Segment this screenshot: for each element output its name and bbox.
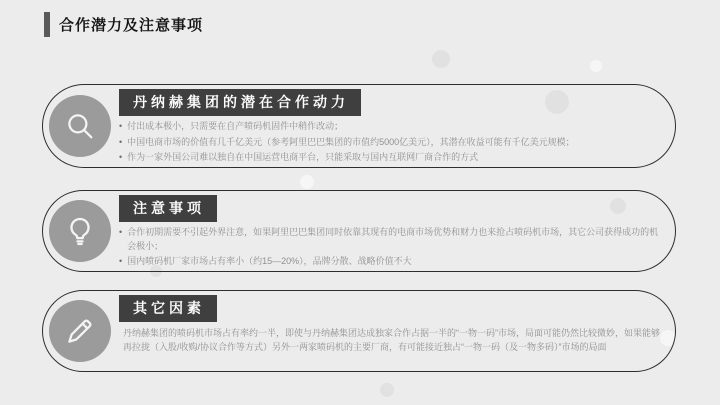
bullet-text: 国内喷码机厂家市场占有率小（约15—20%），品牌分散、战略价值不大 [127, 255, 412, 269]
section-icon-circle [49, 200, 111, 262]
section-paragraph: 丹纳赫集团的喷码机市场占有率约一半，即使与丹纳赫集团达成独家合作占据一半的“一物… [123, 327, 661, 354]
decor-dot [432, 50, 450, 68]
section-cooperation-potential: 丹纳赫集团的潜在合作动力 • 付出成本极小，只需要在自产喷码机固件中稍作改动； … [42, 84, 676, 168]
lightbulb-icon [63, 214, 97, 248]
section-heading: 其它因素 [119, 295, 217, 322]
bullet-text: 合作初期需要不引起外界注意，如果阿里巴巴集团同时依靠其现有的电商市场优势和财力也… [127, 226, 661, 253]
section-body: 注意事项 • 合作初期需要不引起外界注意，如果阿里巴巴集团同时依靠其现有的电商市… [119, 191, 661, 271]
decor-dot [590, 60, 602, 72]
section-precautions: 注意事项 • 合作初期需要不引起外界注意，如果阿里巴巴集团同时依靠其现有的电商市… [42, 190, 676, 272]
bullet-item: • 国内喷码机厂家市场占有率小（约15—20%），品牌分散、战略价值不大 [119, 255, 661, 269]
bullet-marker: • [119, 120, 122, 134]
section-heading: 丹纳赫集团的潜在合作动力 [119, 89, 361, 116]
bullet-list: • 合作初期需要不引起外界注意，如果阿里巴巴集团同时依靠其现有的电商市场优势和财… [119, 226, 661, 269]
pencil-icon [63, 314, 97, 348]
bullet-text: 中国电商市场的价值有几千亿美元（参考阿里巴巴集团的市值约5000亿美元），其潜在… [127, 136, 575, 150]
title-accent-bar [44, 12, 50, 37]
bullet-marker: • [119, 136, 122, 150]
bullet-text: 作为一家外国公司难以独自在中国运营电商平台，只能采取与国内互联网厂商合作的方式 [127, 151, 478, 165]
section-body: 丹纳赫集团的潜在合作动力 • 付出成本极小，只需要在自产喷码机固件中稍作改动； … [119, 85, 661, 167]
section-other-factors: 其它因素 丹纳赫集团的喷码机市场占有率约一半，即使与丹纳赫集团达成独家合作占据一… [42, 290, 676, 372]
bullet-marker: • [119, 151, 122, 165]
section-icon-circle [49, 95, 111, 157]
section-body: 其它因素 丹纳赫集团的喷码机市场占有率约一半，即使与丹纳赫集团达成独家合作占据一… [119, 291, 661, 371]
bullet-text: 付出成本极小，只需要在自产喷码机固件中稍作改动； [127, 120, 343, 134]
bullet-item: • 作为一家外国公司难以独自在中国运营电商平台，只能采取与国内互联网厂商合作的方… [119, 151, 661, 165]
decor-dot [380, 383, 394, 397]
decor-dot [300, 175, 314, 189]
section-heading: 注意事项 [119, 195, 217, 222]
bullet-item: • 付出成本极小，只需要在自产喷码机固件中稍作改动； [119, 120, 661, 134]
page-title: 合作潜力及注意事项 [59, 14, 203, 35]
slide-header: 合作潜力及注意事项 [44, 12, 203, 37]
section-icon-circle [49, 300, 111, 362]
presentation-slide: 合作潜力及注意事项 丹纳赫集团的潜在合作动力 • 付出成本极小，只需要在自产喷码… [0, 0, 720, 405]
bullet-item: • 中国电商市场的价值有几千亿美元（参考阿里巴巴集团的市值约5000亿美元），其… [119, 136, 661, 150]
bullet-list: • 付出成本极小，只需要在自产喷码机固件中稍作改动； • 中国电商市场的价值有几… [119, 120, 661, 165]
magnifier-icon [63, 109, 97, 143]
bullet-marker: • [119, 255, 122, 269]
bullet-item: • 合作初期需要不引起外界注意，如果阿里巴巴集团同时依靠其现有的电商市场优势和财… [119, 226, 661, 253]
bullet-marker: • [119, 226, 122, 253]
